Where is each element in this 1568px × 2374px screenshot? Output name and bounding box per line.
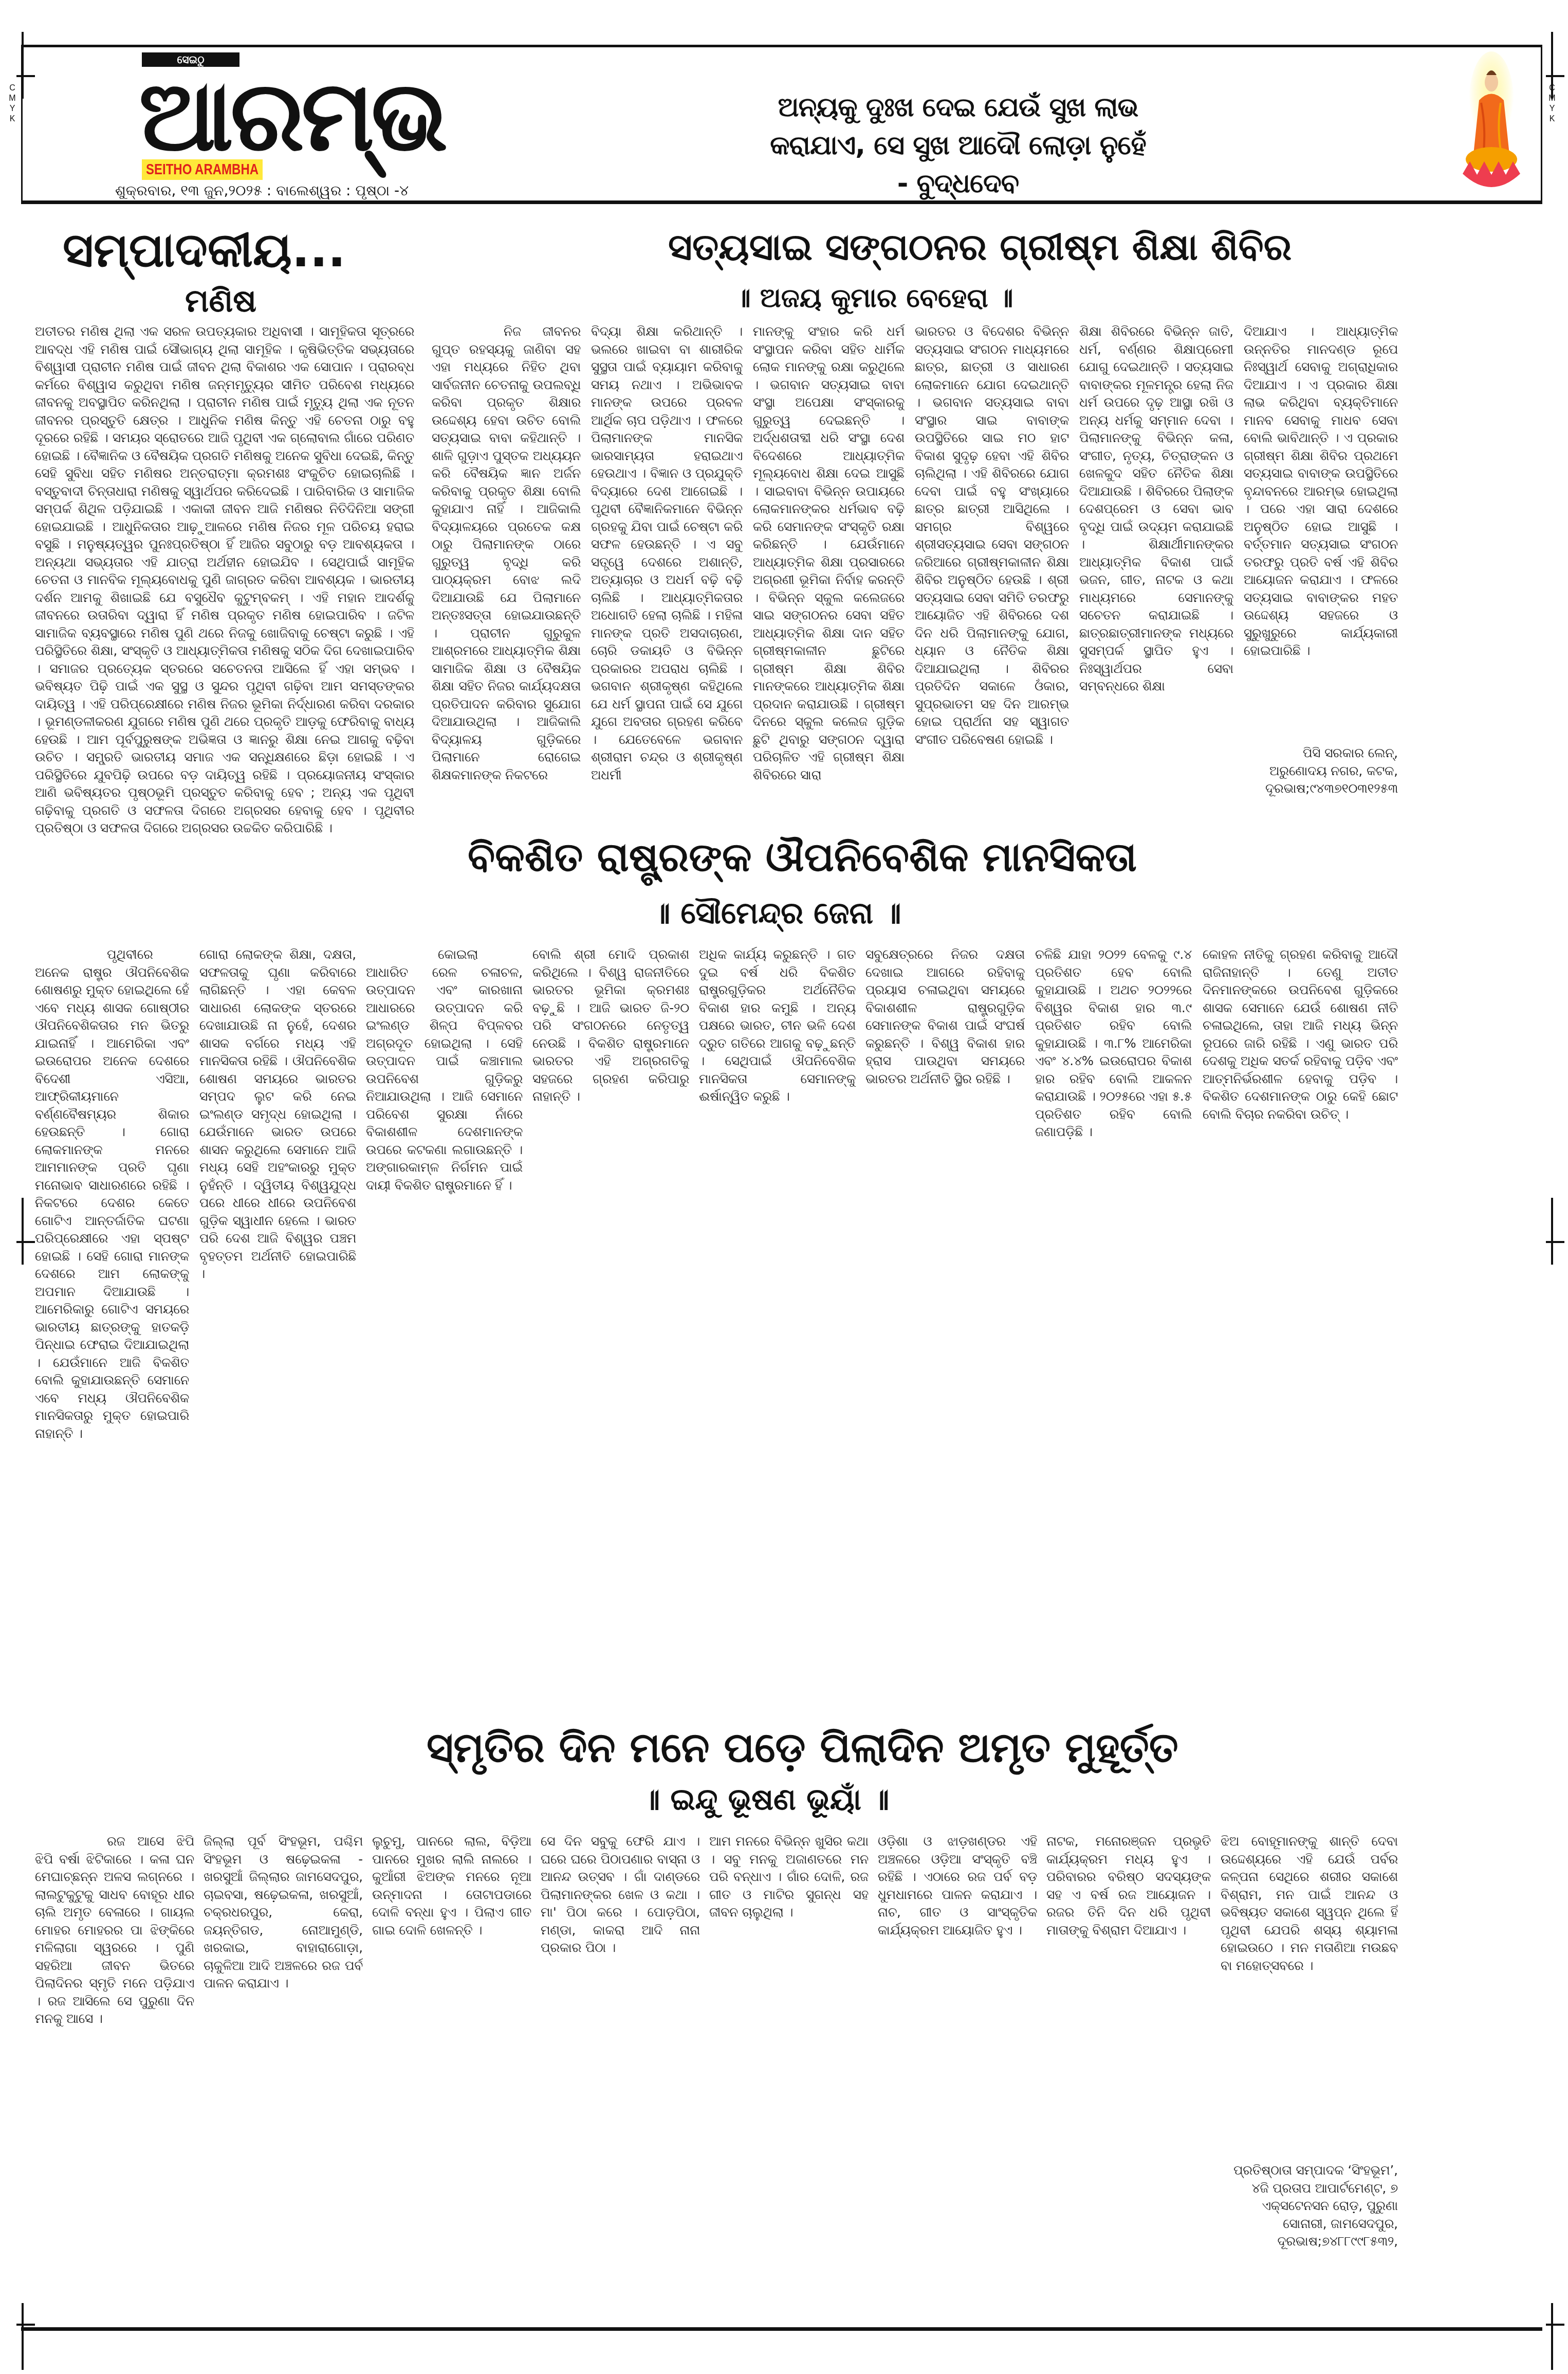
article1-column-3: ମାନଙ୍କୁ ସଂହାର କରି ଧର୍ମ ସଂସ୍ଥାପନ କରିବା ସହ… (753, 323, 905, 801)
article3-column-6: ଓଡ଼ିଶା ଓ ଝାଡ଼ଖଣ୍ଡର ଏହି ଅଞ୍ଚଳରେ ଓଡ଼ିଆ ସଂସ… (878, 1833, 1037, 2347)
logo-wordmark: ଆରମ୍ଭ (139, 65, 445, 168)
article2-byline: ॥ ସୌମେନ୍ଦ୍ର ଜେନା ॥ (653, 893, 901, 933)
article2-column-5: ଅଧିକ କାର୍ଯ୍ୟ କରୁଛନ୍ତି । ଗତ ଦୁଇ ବର୍ଷ ଧରି … (699, 946, 856, 1678)
article1-column-4: ଭାରତର ଓ ବିଦେଶର ବିଭିନ୍ନ ସତ୍ୟସାଇ ସଂଗଠନ ମାଧ… (915, 323, 1069, 801)
article1-column-5: ଶିକ୍ଷା ଶିବିରରେ ବିଭିନ୍ନ ଜାତି, ଧର୍ମ, ବର୍ଣ୍… (1079, 323, 1233, 801)
editorial-title: ମଣିଷ (185, 280, 256, 321)
page-bottom-rule (21, 2327, 1542, 2331)
article1-signature: ପିସି ସରକାର ଲେନ୍, ଅରୁଣୋଦୟ ନଗର, କଟକ, ଦୂରଭା… (1244, 744, 1398, 801)
article3-column-4: ସେ ଦିନ ସବୁକୁ ଫେରି ଯାଏ । ଘରେ ଘରେ ପିଠାପଣାର… (541, 1833, 700, 2347)
editorial-section-title: ସମ୍ପାଦକୀୟ... (63, 222, 346, 279)
article2-column-8: କୋହଳ ନୀତିକୁ ଗ୍ରହଣ କରିବାକୁ ଆଦୌ ରାଜିନାହାନ୍… (1203, 946, 1398, 1678)
article1-column-1: ନିଜ ଜୀବନର ଗୁପ୍ତ ରହସ୍ୟକୁ ଜାଣିବା ସହ ଏହା ମଧ… (432, 323, 581, 801)
article2-headline: ବିକଶିତ ରାଷ୍ଟ୍ରଙ୍କ ଔପନିବେଶିକ ମାନସିକତା (468, 832, 1137, 883)
article1-column-2: ବିଦ୍ୟା ଶିକ୍ଷା କରିଥାନ୍ତି । ଭଲରେ ଖାଇବା ବା … (591, 323, 743, 801)
article1-byline: ॥ ଅଜୟ କୁମାର ବେହେରା ॥ (735, 280, 1013, 316)
dateline: ଶୁକ୍ରବାର, ୧୩ ଜୁନ,୨୦୨୫ : ବାଲେଶ୍ୱର : ପୃଷ୍ଠ… (115, 182, 409, 199)
article3-headline: ସ୍ମୃତିର ଦିନ ମନେ ପଡ଼େ ପିଲାଦିନ ଅମୃତ ମୁହୂର୍… (427, 1717, 1178, 1779)
article3-column-3: ଲୁଚୁମୁ, ପାନରେ ଲାଲ, ବିଡ଼ିଆ ପାନରେ ମୁଖର ଲାଲ… (372, 1833, 531, 2347)
article3-byline: ॥ ଇନ୍ଦୁ ଭୂଷଣ ଭୂୟାଁ ॥ (642, 1779, 889, 1820)
quote-line-2: କରାଯାଏ, ସେ ସୁଖ ଆଦୌ ଲୋଡ଼ା ନୁହେଁ (686, 126, 1230, 165)
registration-mark-mid-left (8, 1198, 29, 1265)
cmyk-label: CMYK (1548, 83, 1556, 124)
article3-column-2: ଜିଲ୍ଲା ପୂର୍ବ ସିଂହଭୂମ, ପଶ୍ଚିମ ସିଂହଭୂମ ଓ ଷ… (204, 1833, 363, 2347)
logo-tagline: SEITHO ARAMBHA (142, 159, 263, 180)
article2-column-7: ଚଳିଛି ଯାହା ୨୦୨୨ ବେଳକୁ ୯.୪ ପ୍ରତିଶତ ହେବ ବୋ… (1035, 946, 1192, 1678)
buddha-icon (1461, 51, 1522, 200)
article2-column-6: ସବୁକ୍ଷେତ୍ରରେ ନିଜର ଦକ୍ଷତା ଦେଖାଇ ଆଗରେ ରହିବ… (865, 946, 1025, 1678)
editorial-body: ଅତୀତର ମଣିଷ ଥିଲା ଏକ ସରଳ ଉପତ୍ୟକାର ଅଧିବାସୀ … (35, 323, 414, 863)
quote-line-1: ଅନ୍ୟକୁ ଦୁଃଖ ଦେଇ ଯେଉଁ ସୁଖ ଲାଭ (686, 88, 1230, 126)
registration-mark-mid-right (1538, 1198, 1558, 1265)
editorial-paragraph: ଅତୀତର ମଣିଷ ଥିଲା ଏକ ସରଳ ଉପତ୍ୟକାର ଅଧିବାସୀ … (35, 323, 414, 837)
article2-column-4: ବୋଲି ଶ୍ରୀ ମୋଦି ପ୍ରକାଶ କରିଥିଲେ । ବିଶ୍ୱ ରା… (532, 946, 689, 1678)
article3-column-7: ନାଟକ, ମନୋରଞ୍ଜନ ପ୍ରଭୃତି କାର୍ଯ୍ୟକ୍ରମ ମଧ୍ୟ … (1046, 1833, 1211, 2347)
registration-mark-bottom-right (1538, 2303, 1558, 2370)
masthead-quote: ଅନ୍ୟକୁ ଦୁଃଖ ଦେଇ ଯେଉଁ ସୁଖ ଲାଭ କରାଯାଏ, ସେ … (686, 88, 1230, 203)
quote-author: - ବୁଦ୍ଧଦେବ (686, 165, 1230, 203)
article2-column-1: ପୃଥିବୀରେ ଅନେକ ରାଷ୍ଟ୍ର ଔପନିବେଶିକ ଶୋଷଣରୁ ମ… (35, 946, 189, 1678)
article3-signature: ପ୍ରତିଷ୍ଠାତା ସମ୍ପାଦକ ‘ସିଂହଭୂମ’, ୪ଜି ପ୍ରତା… (1221, 2162, 1398, 2254)
article1-headline: ସତ୍ୟସାଇ ସଙ୍ଗଠନର ଗ୍ରୀଷ୍ମ ଶିକ୍ଷା ଶିବିର (668, 221, 1292, 272)
registration-mark-bottom-left (8, 2303, 29, 2370)
article2-column-2: ଗୋରା ଲୋକଙ୍କ ଶିକ୍ଷା, ଦକ୍ଷତା, ସଫଳତାକୁ ଘୃଣା… (199, 946, 356, 1678)
article3-column-8: ଝିଅ ବୋହୂମାନଙ୍କୁ ଶାନ୍ତି ଦେବା ଉଦ୍ଦେଶ୍ୟରେ ଏ… (1221, 1833, 1398, 2162)
masthead: ସେଇଠୁ ଆରମ୍ଭ SEITHO ARAMBHA ଶୁକ୍ରବାର, ୧୩ … (21, 45, 1542, 204)
article3-column-1: ରଜ ଆସେ ଝିପି ଝିପି ବର୍ଷା ଝିଟିକାରେ । କଳା ଘନ… (35, 1833, 194, 2347)
article1-column-6: ଦିଆଯାଏ । ଆଧ୍ୟାତ୍ମିକ ଉନ୍ନତିର ମାନଦଣ୍ଡ ରୂପେ… (1244, 323, 1398, 744)
article2-column-3: କୋଇଲା ଆଧାରିତ ରେଳ ଚଳାଚଳ, ଉତ୍ପାଦନ ଏବଂ କାରଖ… (366, 946, 523, 1678)
cmyk-label: CMYK (8, 83, 16, 124)
article3-column-5: ଆମ ମନରେ ବିଭିନ୍ନ ଖୁସିର କଥା । ସବୁ ମନକୁ ଅଜା… (709, 1833, 869, 2347)
